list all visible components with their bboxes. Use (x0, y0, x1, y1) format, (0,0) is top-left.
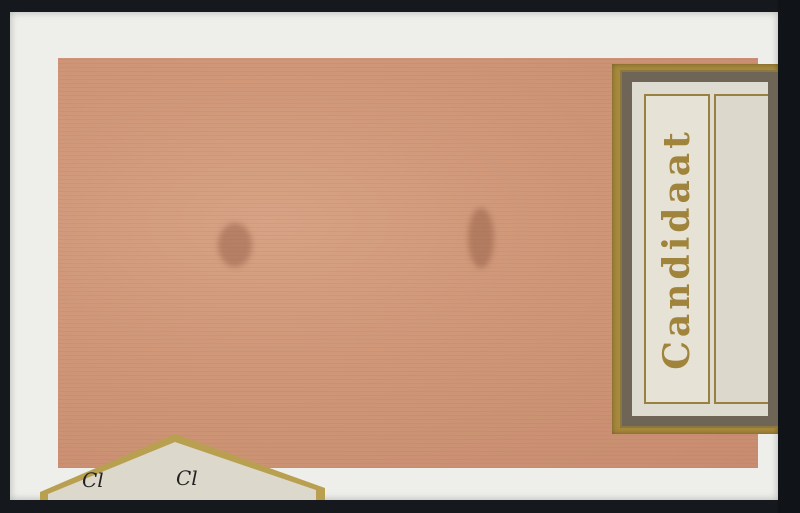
brand-label: Candidaat (612, 64, 778, 434)
brand-panel: Candidaat (644, 94, 710, 404)
stain (468, 208, 494, 268)
stain (218, 223, 252, 267)
handwriting: Cl (82, 468, 104, 492)
handwriting: Cl (176, 466, 198, 490)
ornamental-border: Candidaat (622, 72, 778, 426)
background-edge (778, 0, 800, 513)
portrait-panel (714, 94, 768, 404)
brand-text: Candidaat (656, 128, 698, 369)
